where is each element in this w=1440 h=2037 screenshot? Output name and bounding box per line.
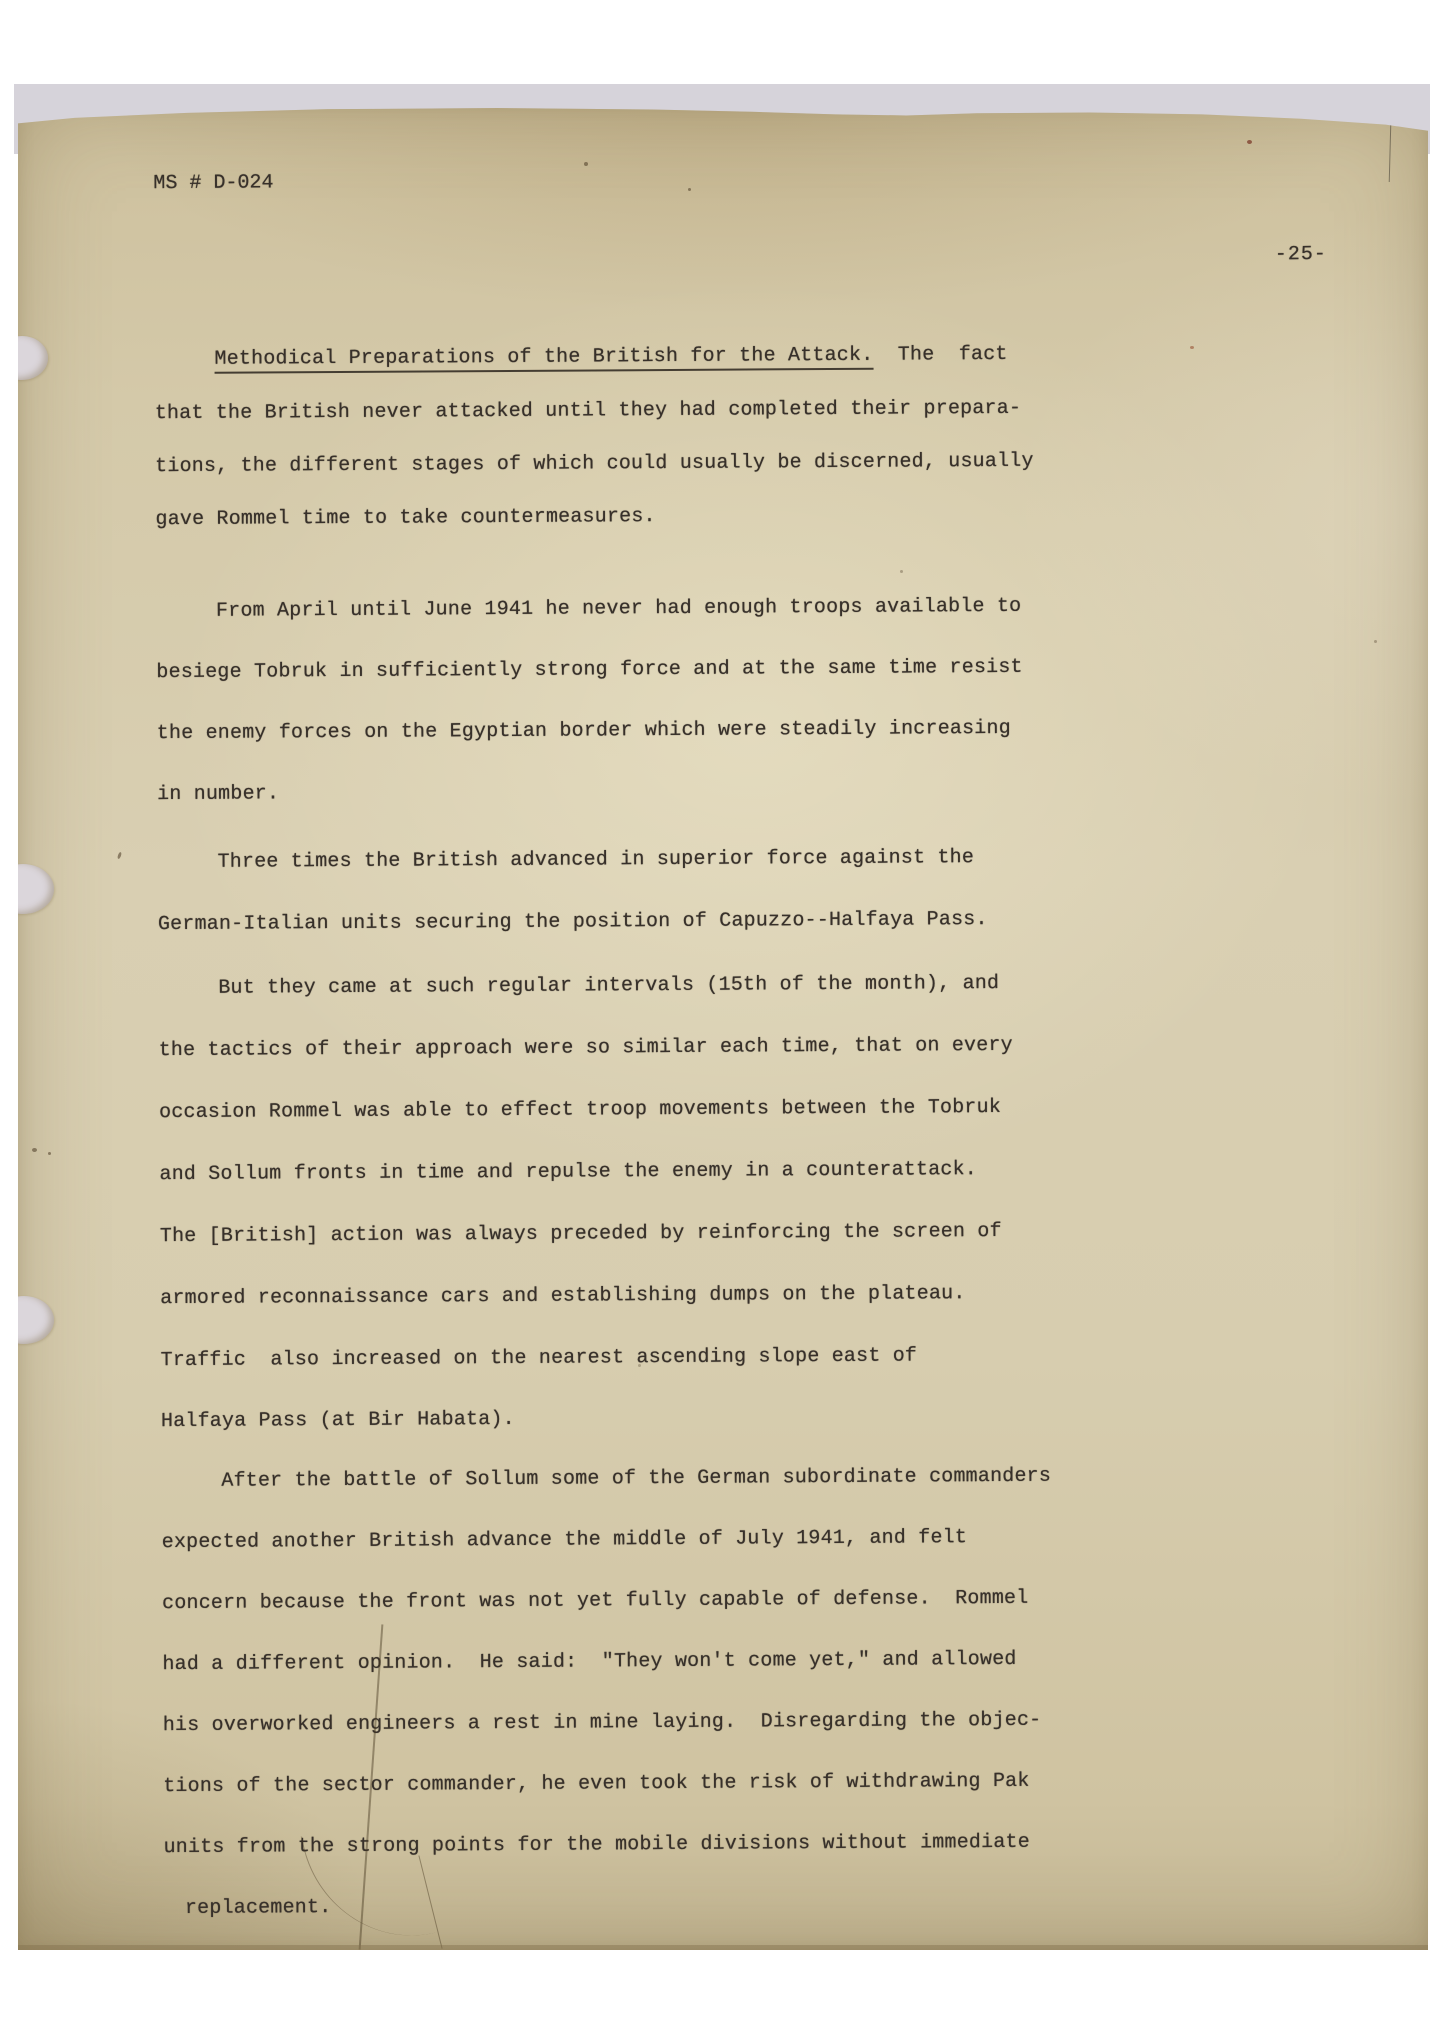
body-line: After the battle of Sollum some of the G… — [221, 1465, 1051, 1493]
paper-speck — [1428, 404, 1432, 494]
paper-speck — [1247, 140, 1252, 144]
body-line: his overworked engineers a rest in mine … — [163, 1709, 1042, 1737]
paper-page: MS # D-024 -25- Methodical Preparations … — [18, 104, 1428, 1950]
body-line: the tactics of their approach were so si… — [159, 1034, 1013, 1062]
body-line: Halfaya Pass (at Bir Habata). — [161, 1408, 515, 1433]
paper-speck — [32, 1148, 37, 1152]
section-title-underlined: Methodical Preparations of the British f… — [214, 344, 873, 374]
body-line: German-Italian units securing the positi… — [158, 908, 988, 936]
body-line: units from the strong points for the mob… — [164, 1831, 1030, 1859]
body-line: From April until June 1941 he never had … — [216, 595, 1021, 623]
paper-speck — [1190, 346, 1194, 349]
body-line: concern because the front was not yet fu… — [162, 1587, 1028, 1615]
paper-speck — [900, 570, 903, 573]
paper-bottom-edge — [18, 1945, 1428, 1950]
paper-speck — [688, 188, 691, 191]
body-line: But they came at such regular intervals … — [218, 972, 999, 1000]
section-title-line: Methodical Preparations of the British f… — [214, 343, 1007, 371]
body-line: The [British] action was always preceded… — [160, 1220, 1002, 1248]
body-line: armored reconnaissance cars and establis… — [160, 1282, 965, 1310]
body-line: had a different opinion. He said: "They … — [162, 1648, 1016, 1676]
body-line: replacement. — [185, 1896, 332, 1920]
page-number: -25- — [1275, 243, 1327, 266]
paper-speck — [48, 1152, 51, 1155]
paper-speck — [1374, 640, 1377, 643]
body-line: tions of the sector commander, he even t… — [163, 1770, 1029, 1798]
body-line: Traffic also increased on the nearest as… — [161, 1345, 918, 1373]
body-line: besiege Tobruk in sufficiently strong fo… — [156, 656, 1022, 684]
body-line: gave Rommel time to take countermeasures… — [155, 505, 655, 531]
body-line: and Sollum fronts in time and repulse th… — [159, 1158, 977, 1186]
body-line: that the British never attacked until th… — [155, 397, 1021, 425]
typewritten-text-layer: MS # D-024 -25- Methodical Preparations … — [16, 96, 1437, 1951]
body-line: tions, the different stages of which cou… — [155, 450, 1034, 478]
body-line: in number. — [157, 782, 279, 806]
body-line: Three times the British advanced in supe… — [217, 846, 974, 874]
paper-speck — [638, 1364, 641, 1367]
document-scan: MS # D-024 -25- Methodical Preparations … — [0, 0, 1440, 2037]
body-line: the enemy forces on the Egyptian border … — [157, 717, 1011, 745]
manuscript-id: MS # D-024 — [153, 171, 273, 195]
section-title-rest: The fact — [873, 343, 1007, 367]
body-line: occasion Rommel was able to effect troop… — [159, 1096, 1001, 1124]
paper-speck — [584, 162, 588, 166]
body-line: expected another British advance the mid… — [162, 1526, 967, 1554]
